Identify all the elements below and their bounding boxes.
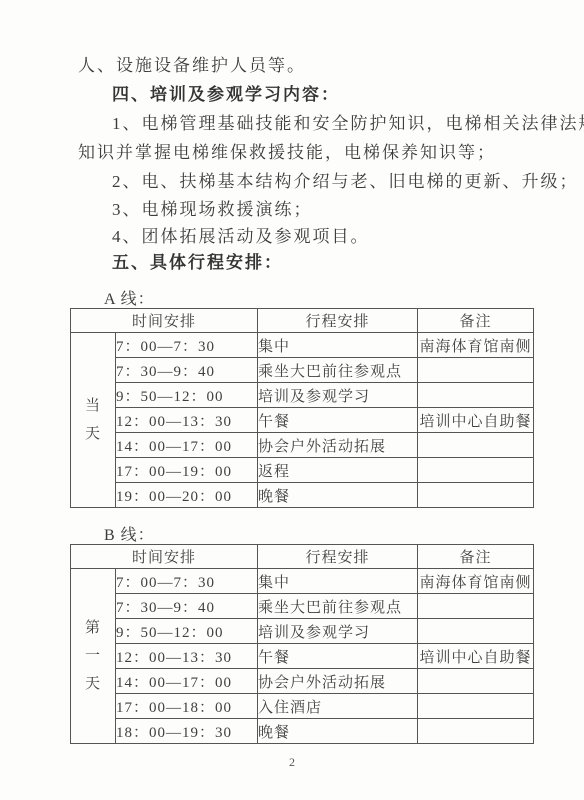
activity-cell: 返程 <box>258 458 418 483</box>
table-row: 18：00—19：30晚餐 <box>71 719 534 744</box>
note-cell: 培训中心自助餐 <box>418 408 534 433</box>
note-cell <box>418 594 534 619</box>
header-note: 备注 <box>418 545 534 569</box>
table-row: 17：00—18：00入住酒店 <box>71 694 534 719</box>
day-label-cell: 当天 <box>71 333 116 508</box>
document-page: 人、设施设备维护人员等。 四、培训及参观学习内容： 1、电梯管理基础技能和安全防… <box>0 0 584 800</box>
day-label-char: 天 <box>71 670 115 698</box>
note-cell <box>418 694 534 719</box>
schedule-table-line-a: 时间安排行程安排备注当天7：00—7：30集中南海体育馆南侧7：30—9：40乘… <box>70 308 534 508</box>
time-cell: 12：00—13：30 <box>116 408 258 433</box>
header-note: 备注 <box>418 309 534 333</box>
activity-cell: 晚餐 <box>258 483 418 508</box>
table-row: 7：30—9：40乘坐大巴前往参观点 <box>71 358 534 383</box>
table-row: 19：00—20：00晚餐 <box>71 483 534 508</box>
table-row: 14：00—17：00协会户外活动拓展 <box>71 669 534 694</box>
table-row: 7：30—9：40乘坐大巴前往参观点 <box>71 594 534 619</box>
header-activity: 行程安排 <box>258 309 418 333</box>
page-number: 2 <box>0 755 584 770</box>
header-time: 时间安排 <box>71 545 258 569</box>
time-cell: 7：30—9：40 <box>116 358 258 383</box>
note-cell: 培训中心自助餐 <box>418 644 534 669</box>
time-cell: 9：50—12：00 <box>116 383 258 408</box>
day-label-char: 一 <box>71 642 115 670</box>
time-cell: 9：50—12：00 <box>116 619 258 644</box>
list-item-4: 4、团体拓展活动及参观项目。 <box>112 227 370 247</box>
activity-cell: 入住酒店 <box>258 694 418 719</box>
time-cell: 19：00—20：00 <box>116 483 258 508</box>
table-row: 当天7：00—7：30集中南海体育馆南侧 <box>71 333 534 358</box>
activity-cell: 乘坐大巴前往参观点 <box>258 358 418 383</box>
day-label-char: 天 <box>71 420 115 448</box>
table-row: 12：00—13：30午餐培训中心自助餐 <box>71 408 534 433</box>
section-heading-4: 四、培训及参观学习内容： <box>112 85 340 105</box>
activity-cell: 晚餐 <box>258 719 418 744</box>
time-cell: 12：00—13：30 <box>116 644 258 669</box>
table-b-label: B 线： <box>104 522 155 545</box>
table-row: 12：00—13：30午餐培训中心自助餐 <box>71 644 534 669</box>
table-row: 17：00—19：00返程 <box>71 458 534 483</box>
activity-cell: 培训及参观学习 <box>258 619 418 644</box>
table-row: 14：00—17：00协会户外活动拓展 <box>71 433 534 458</box>
activity-cell: 协会户外活动拓展 <box>258 669 418 694</box>
time-cell: 17：00—18：00 <box>116 694 258 719</box>
time-cell: 17：00—19：00 <box>116 458 258 483</box>
time-cell: 7：00—7：30 <box>116 569 258 594</box>
list-item-1-line-1: 1、电梯管理基础技能和安全防护知识，电梯相关法律法规 <box>112 114 584 134</box>
time-cell: 14：00—17：00 <box>116 669 258 694</box>
note-cell <box>418 458 534 483</box>
time-cell: 7：30—9：40 <box>116 594 258 619</box>
activity-cell: 协会户外活动拓展 <box>258 433 418 458</box>
header-activity: 行程安排 <box>258 545 418 569</box>
table-row: 9：50—12：00培训及参观学习 <box>71 619 534 644</box>
table-header-row: 时间安排行程安排备注 <box>71 545 534 569</box>
note-cell <box>418 619 534 644</box>
activity-cell: 乘坐大巴前往参观点 <box>258 594 418 619</box>
day-label-char: 当 <box>71 392 115 420</box>
time-cell: 18：00—19：30 <box>116 719 258 744</box>
day-label-cell: 第一天 <box>71 569 116 744</box>
activity-cell: 培训及参观学习 <box>258 383 418 408</box>
paragraph-continuation: 人、设施设备维护人员等。 <box>78 56 306 76</box>
section-heading-5: 五、具体行程安排： <box>112 253 283 273</box>
note-cell <box>418 669 534 694</box>
note-cell: 南海体育馆南侧 <box>418 569 534 594</box>
note-cell <box>418 433 534 458</box>
list-item-3: 3、电梯现场救援演练； <box>112 200 313 220</box>
activity-cell: 午餐 <box>258 644 418 669</box>
schedule-table-line-b: 时间安排行程安排备注第一天7：00—7：30集中南海体育馆南侧7：30—9：40… <box>70 544 534 744</box>
day-label-char: 第 <box>71 614 115 642</box>
list-item-2: 2、电、扶梯基本结构介绍与老、旧电梯的更新、升级； <box>112 172 579 192</box>
activity-cell: 集中 <box>258 333 418 358</box>
table-row: 第一天7：00—7：30集中南海体育馆南侧 <box>71 569 534 594</box>
note-cell: 南海体育馆南侧 <box>418 333 534 358</box>
activity-cell: 午餐 <box>258 408 418 433</box>
header-time: 时间安排 <box>71 309 258 333</box>
list-item-1-line-2: 知识并掌握电梯维保救援技能，电梯保养知识等； <box>78 143 496 163</box>
table-row: 9：50—12：00培训及参观学习 <box>71 383 534 408</box>
note-cell <box>418 483 534 508</box>
time-cell: 7：00—7：30 <box>116 333 258 358</box>
activity-cell: 集中 <box>258 569 418 594</box>
time-cell: 14：00—17：00 <box>116 433 258 458</box>
note-cell <box>418 358 534 383</box>
note-cell <box>418 719 534 744</box>
table-header-row: 时间安排行程安排备注 <box>71 309 534 333</box>
note-cell <box>418 383 534 408</box>
table-a-label: A 线： <box>104 286 155 309</box>
